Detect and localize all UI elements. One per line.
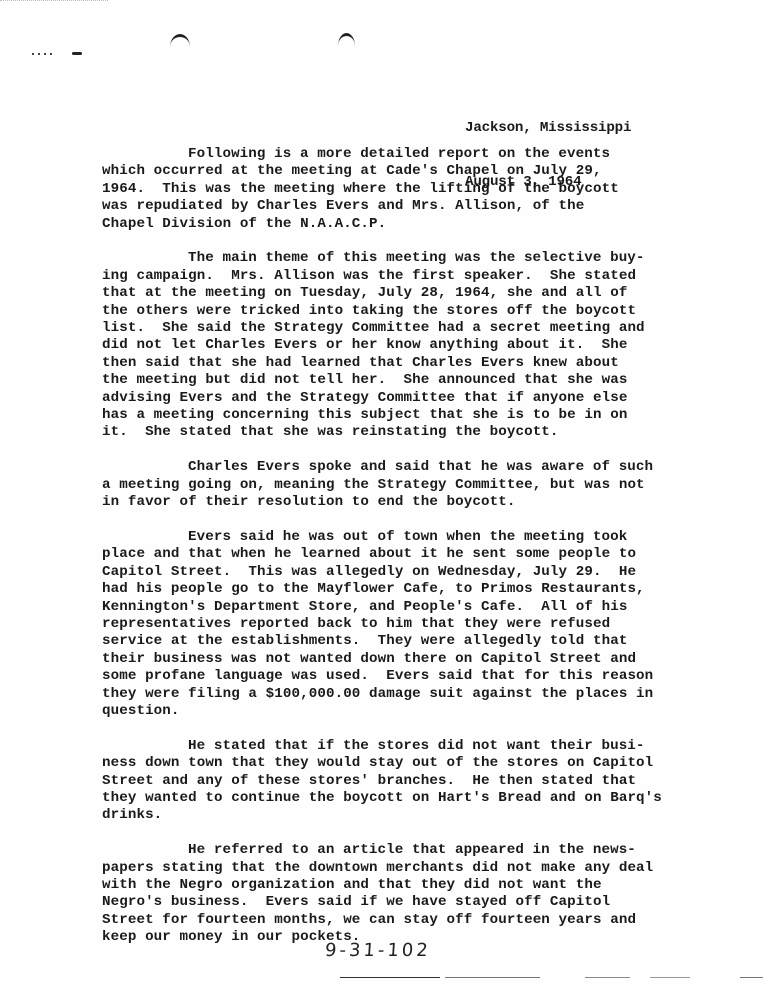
text-line: Capitol Street. This was allegedly on We… [102, 564, 702, 581]
text-line: had his people go to the Mayflower Cafe,… [102, 581, 702, 598]
text-line: list. She said the Strategy Committee ha… [102, 320, 702, 337]
text-line: ness down town that they would stay out … [102, 755, 702, 772]
paragraph: Evers said he was out of town when the m… [102, 529, 702, 720]
handwritten-file-number: 9-31-102 [324, 940, 431, 961]
text-line: it. She stated that she was reinstating … [102, 424, 702, 441]
report-body: Following is a more detailed report on t… [102, 146, 702, 964]
text-line: some profane language was used. Evers sa… [102, 668, 702, 685]
text-line: then said that she had learned that Char… [102, 355, 702, 372]
text-line: their business was not wanted down there… [102, 651, 702, 668]
text-line: Chapel Division of the N.A.A.C.P. [102, 216, 702, 233]
scan-bottom-line [585, 977, 630, 978]
paragraph: Following is a more detailed report on t… [102, 146, 702, 233]
text-line: that at the meeting on Tuesday, July 28,… [102, 285, 702, 302]
text-line: 1964. This was the meeting where the lif… [102, 181, 702, 198]
text-line: a meeting going on, meaning the Strategy… [102, 477, 702, 494]
scan-bottom-line [650, 977, 690, 978]
text-line: did not let Charles Evers or her know an… [102, 337, 702, 354]
text-line: The main theme of this meeting was the s… [102, 250, 702, 267]
scan-bottom-line [740, 977, 763, 978]
text-line: Evers said he was out of town when the m… [102, 529, 702, 546]
paragraph: He referred to an article that appeared … [102, 842, 702, 946]
text-line: service at the establishments. They were… [102, 633, 702, 650]
document-page: Jackson, Mississippi August 3, 1964 Foll… [0, 0, 763, 986]
text-line: papers stating that the downtown merchan… [102, 860, 702, 877]
text-line: in favor of their resolution to end the … [102, 494, 702, 511]
text-line: Negro's business. Evers said if we have … [102, 894, 702, 911]
text-line: question. [102, 703, 702, 720]
text-line: Street and any of these stores' branches… [102, 773, 702, 790]
text-line: they wanted to continue the boycott on H… [102, 790, 702, 807]
text-line: advising Evers and the Strategy Committe… [102, 390, 702, 407]
text-line: the others were tricked into taking the … [102, 303, 702, 320]
text-line: they were filing a $100,000.00 damage su… [102, 686, 702, 703]
text-line: Charles Evers spoke and said that he was… [102, 459, 702, 476]
text-line: Kennington's Department Store, and Peopl… [102, 599, 702, 616]
text-line: He stated that if the stores did not wan… [102, 738, 702, 755]
text-line: He referred to an article that appeared … [102, 842, 702, 859]
paragraph: Charles Evers spoke and said that he was… [102, 459, 702, 511]
binder-punch-mark-right [338, 33, 355, 46]
text-line: the meeting but did not tell her. She an… [102, 372, 702, 389]
paragraph: He stated that if the stores did not wan… [102, 738, 702, 825]
text-line: ing campaign. Mrs. Allison was the first… [102, 268, 702, 285]
scan-edge-dots [0, 0, 108, 2]
text-line: has a meeting concerning this subject th… [102, 407, 702, 424]
text-line: was repudiated by Charles Evers and Mrs.… [102, 198, 702, 215]
scan-bottom-line [445, 977, 540, 978]
paragraph: The main theme of this meeting was the s… [102, 250, 702, 441]
text-line: place and that when he learned about it … [102, 546, 702, 563]
binder-punch-mark-left [170, 34, 190, 47]
dateline-place: Jackson, Mississippi [465, 119, 631, 137]
text-line: Following is a more detailed report on t… [102, 146, 702, 163]
text-line: with the Negro organization and that the… [102, 877, 702, 894]
text-line: Street for fourteen months, we can stay … [102, 912, 702, 929]
scan-smudge-mark [32, 53, 56, 55]
text-line: drinks. [102, 807, 702, 824]
text-line: representatives reported back to him tha… [102, 616, 702, 633]
scan-bottom-line [340, 977, 440, 978]
text-line: which occurred at the meeting at Cade's … [102, 163, 702, 180]
